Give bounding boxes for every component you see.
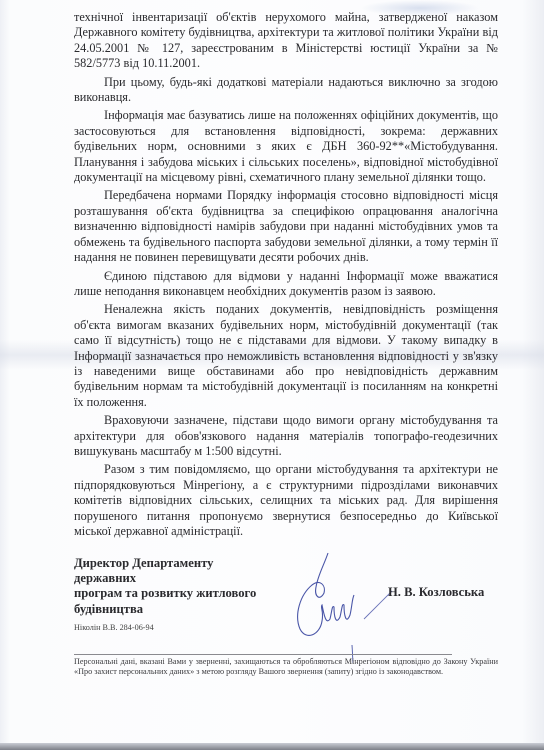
paragraph: Інформація має базуватись лише на положе…	[74, 108, 498, 185]
privacy-footnote: Персональні дані, вказані Вами у звернен…	[74, 657, 498, 678]
executor-contact: Ніколін В.В. 284-06-94	[74, 623, 154, 632]
signatory-name: Н. В. Козловська	[388, 585, 484, 600]
signatory-title-line: будівництва	[74, 602, 274, 617]
paragraph: Єдиною підставою для відмови у наданні І…	[74, 269, 498, 300]
scanned-page: технічної інвентаризації об'єктів нерухо…	[0, 0, 544, 750]
signatory-title-line: програм та розвитку житлового	[74, 586, 274, 601]
letter-body: технічної інвентаризації об'єктів нерухо…	[74, 10, 498, 542]
paragraph: Враховуючи зазначене, підстави щодо вимо…	[74, 413, 498, 459]
paragraph: При цьому, будь-які додаткові матеріали …	[74, 75, 498, 106]
signatory-title: Директор Департаменту державних програм …	[74, 556, 274, 617]
paragraph: технічної інвентаризації об'єктів нерухо…	[74, 10, 498, 72]
paragraph: Неналежна якість поданих документів, нев…	[74, 302, 498, 410]
handwritten-signature-icon	[280, 545, 400, 665]
paragraph: Передбачена нормами Порядку інформація с…	[74, 188, 498, 265]
scan-bottom-edge	[0, 743, 544, 750]
footnote-divider	[74, 654, 452, 655]
signatory-title-line: Директор Департаменту державних	[74, 556, 274, 586]
paragraph: Разом з тим повідомляємо, що органи міст…	[74, 462, 498, 539]
